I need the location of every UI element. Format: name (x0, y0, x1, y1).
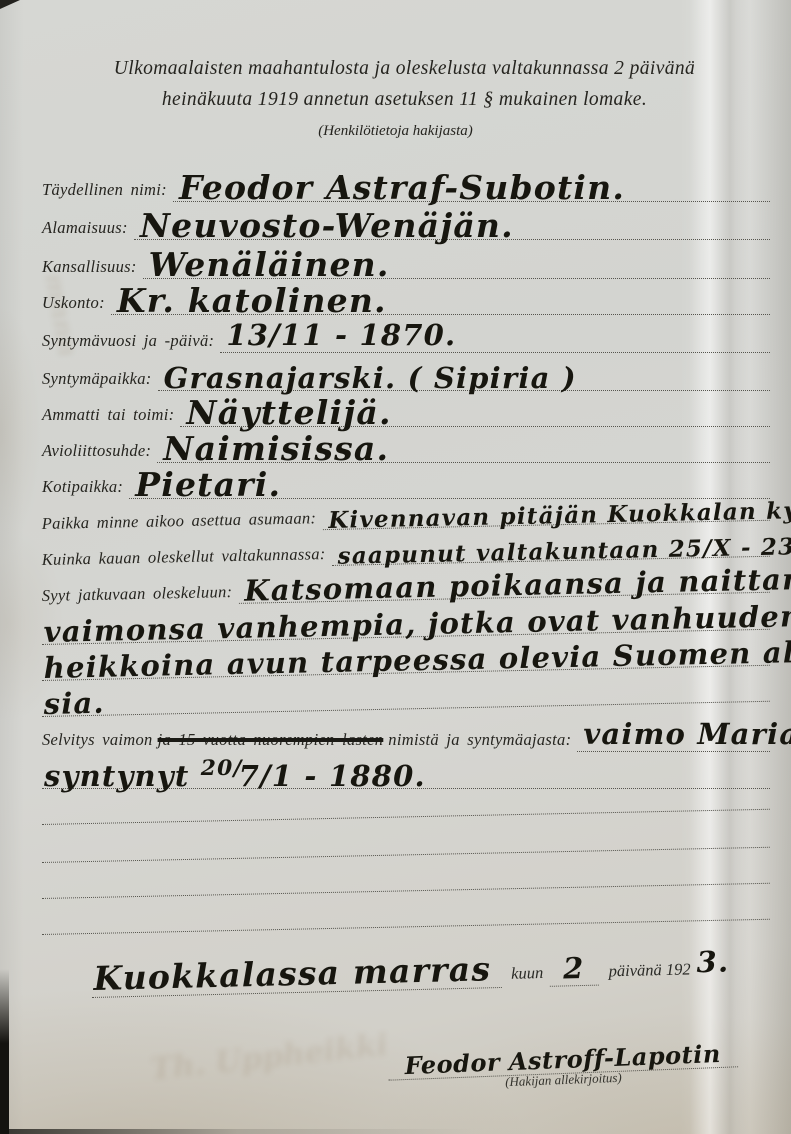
dotted-line: Wenäläinen. (143, 244, 770, 279)
field-label: Täydellinen nimi: (42, 180, 167, 202)
form-title: Ulkomaalaisten maahantulosta ja oleskelu… (78, 54, 731, 116)
handwritten-value: Pietari. (135, 468, 281, 501)
handwritten-value: Grasnajarski. ( Sipiria ) (164, 364, 577, 393)
dotted-line: 13/11 - 1870. (220, 318, 770, 353)
field-label: Paikka minne aikoo asettua asumaan: (42, 508, 317, 536)
handwritten-value: Näyttelijä. (186, 396, 391, 429)
handwritten-day: 2 (549, 954, 599, 987)
paivana-label: päivänä 192 (598, 959, 697, 985)
field-syntymapaikka: Syntymäpaikka: Grasnajarski. ( Sipiria ) (42, 357, 770, 391)
dotted-line: Naimisissa. (157, 428, 770, 463)
scan-left-edge-shadow (0, 969, 9, 1134)
field-label: Kotipaikka: (42, 477, 123, 499)
field-label: Avioliittosuhde: (42, 441, 151, 463)
form-title-line2: heinäkuuta 1919 annetun asetuksen 11 § m… (162, 89, 647, 110)
scanned-form-page: Th. Uppheikki mnnn Ulkomaalaisten maahan… (0, 0, 791, 1134)
dotted-line: Kr. katolinen. (111, 280, 770, 315)
form-title-line1: Ulkomaalaisten maahantulosta ja oleskelu… (114, 58, 695, 79)
form-subtitle: (Henkilötietoja hakijasta) (0, 123, 791, 140)
handwritten-value: sia. (43, 689, 105, 719)
date-line: Kuokkalassa marras kuun 2 päivänä 192 3. (91, 946, 730, 998)
handwritten-value: Neuvosto-Wenäjän. (140, 209, 514, 242)
field-label-part1: Selvitys vaimon (42, 730, 153, 752)
field-label: Syntymävuosi ja -päivä: (42, 331, 214, 353)
handwritten-value: Wenäläinen. (149, 248, 390, 281)
handwritten-place: Kuokkalassa marras (91, 952, 501, 998)
handwritten-year-digit: 3. (696, 947, 730, 983)
field-ammatti: Ammatti tai toimi: Näyttelijä. (42, 393, 770, 427)
bleed-through-writing: Th. Uppheikki (149, 1028, 390, 1088)
handwritten-value: Naimisissa. (163, 432, 389, 465)
field-label: Uskonto: (42, 293, 105, 315)
field-uskonto: Uskonto: Kr. katolinen. (42, 281, 770, 315)
handwritten-value: 13/11 - 1870. (226, 321, 456, 350)
kuun-label: kuun (501, 963, 550, 988)
dotted-line: Grasnajarski. ( Sipiria ) (158, 356, 770, 391)
dotted-line: Näyttelijä. (180, 392, 770, 427)
scan-bottom-edge-shadow (0, 1129, 791, 1134)
dotted-line: Feodor Astraf-Subotin. (173, 167, 770, 202)
handwritten-value: vaimo Maria (583, 720, 791, 749)
field-avioliittosuhde: Avioliittosuhde: Naimisissa. (42, 429, 770, 463)
field-alamaisuus: Alamaisuus: Neuvosto-Wenäjän. (42, 206, 770, 240)
field-label: Ammatti tai toimi: (42, 405, 174, 427)
field-label: Alamaisuus: (42, 218, 128, 240)
field-label-struck: ja 15 vuotta nuorempien lasten (158, 730, 384, 752)
field-label: Syyt jatkuvaan oleskeluun: (42, 582, 233, 608)
scan-corner-shadow (0, 0, 20, 9)
field-label: Kansallisuus: (42, 257, 137, 279)
field-label-part2: nimistä ja syntymäajasta: (388, 730, 571, 752)
field-selvitys-vaimon: Selvitys vaimon ja 15 vuotta nuorempien … (42, 718, 770, 752)
signature-block: Feodor Astroff-Lapotin (Hakijan allekirj… (387, 1041, 738, 1094)
field-kansallisuus: Kansallisuus: Wenäläinen. (42, 245, 770, 279)
handwritten-value: Feodor Astraf-Subotin. (179, 171, 625, 204)
field-label: Syntymäpaikka: (42, 369, 152, 391)
dotted-line: Neuvosto-Wenäjän. (134, 205, 770, 240)
handwritten-correction: 20/ (201, 756, 243, 781)
handwritten-value: Kr. katolinen. (117, 284, 387, 317)
field-taydellinen-nimi: Täydellinen nimi: Feodor Astraf-Subotin. (42, 168, 770, 202)
dotted-line: vaimo Maria (577, 717, 770, 752)
field-syntymavuosi: Syntymävuosi ja -päivä: 13/11 - 1870. (42, 319, 770, 353)
